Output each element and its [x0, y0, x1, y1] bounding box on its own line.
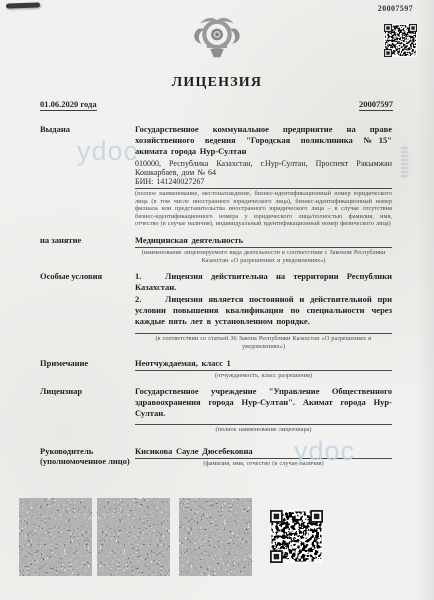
head-row: Руководитель (уполномоченное лицо) Кисик…	[0, 446, 434, 468]
issued-to-label: Выдана	[0, 124, 135, 134]
special-condition-item-1: 1.Лицензия действительна на территории Р…	[135, 271, 392, 293]
document-body: Выдана Государственное коммунальное пред…	[0, 118, 434, 467]
licensor-row: Лицензиар Государственное учреждение "Уп…	[0, 386, 434, 434]
date-and-number-row: 01.06.2020 года 20007597	[0, 99, 434, 111]
document-title: ЛИЦЕНЗИЯ	[0, 75, 434, 91]
watermark: ydoc	[294, 436, 355, 467]
remark-value: Неотчуждаемая, класс 1	[135, 358, 392, 371]
activity-row: на занятие Медицинская деятельность (наи…	[0, 235, 434, 264]
watermark: ydoc	[77, 136, 138, 167]
top-right-document-number: 20007597	[378, 4, 413, 13]
divider-line	[135, 333, 392, 334]
special-conditions-note: (в соответствии со статьей 36 Закона Рес…	[135, 335, 392, 350]
datamatrix-code-2	[97, 498, 170, 576]
special-conditions-label: Особые условия	[0, 271, 135, 281]
activity-label: на занятие	[0, 235, 135, 245]
scan-artifact-top-left	[6, 2, 40, 8]
licensor-note: (полное наименование лицензиара)	[135, 426, 392, 434]
kazakhstan-coat-of-arms-icon	[190, 13, 244, 61]
licensor-label: Лицензиар	[0, 386, 135, 396]
divider-line	[135, 424, 392, 425]
remark-note: (отчуждаемость, класс разрешения)	[135, 372, 392, 380]
issued-to-bin: БИН: 141240027267	[135, 177, 392, 186]
emblem-wrap	[0, 13, 434, 66]
datamatrix-code-3	[179, 498, 252, 576]
remark-label: Примечание	[0, 358, 135, 368]
licensor-value: Государственное учреждение "Управление О…	[135, 386, 392, 419]
issued-to-name: Государственное коммунальное предприятие…	[135, 124, 392, 157]
remark-row: Примечание Неотчуждаемая, класс 1 (отчуж…	[0, 358, 434, 380]
special-conditions-row: Особые условия 1.Лицензия действительна …	[0, 271, 434, 350]
head-label: Руководитель (уполномоченное лицо)	[0, 446, 135, 466]
issued-to-row: Выдана Государственное коммунальное пред…	[0, 124, 434, 228]
license-document-page: 20007597 ЛИЦЕНЗИЯ 01.06.2020 года	[0, 0, 434, 600]
issue-date: 01.06.2020 года	[40, 99, 97, 111]
bottom-codes-row	[19, 498, 323, 576]
qr-code-bottom	[270, 510, 323, 563]
license-number: 20007597	[359, 99, 393, 111]
activity-note: (наименование лицензируемого вида деятел…	[135, 249, 392, 264]
issued-to-address: 010000, Республика Казахстан, г.Нур-Султ…	[135, 159, 392, 177]
special-condition-item-2: 2.Лицензия является постоянной и действи…	[135, 294, 392, 327]
divider-line	[135, 188, 392, 189]
datamatrix-code-1	[19, 498, 92, 576]
activity-value: Медицинская деятельность	[135, 235, 392, 248]
issued-to-note: (полное наименование, местонахождение, б…	[135, 190, 392, 228]
